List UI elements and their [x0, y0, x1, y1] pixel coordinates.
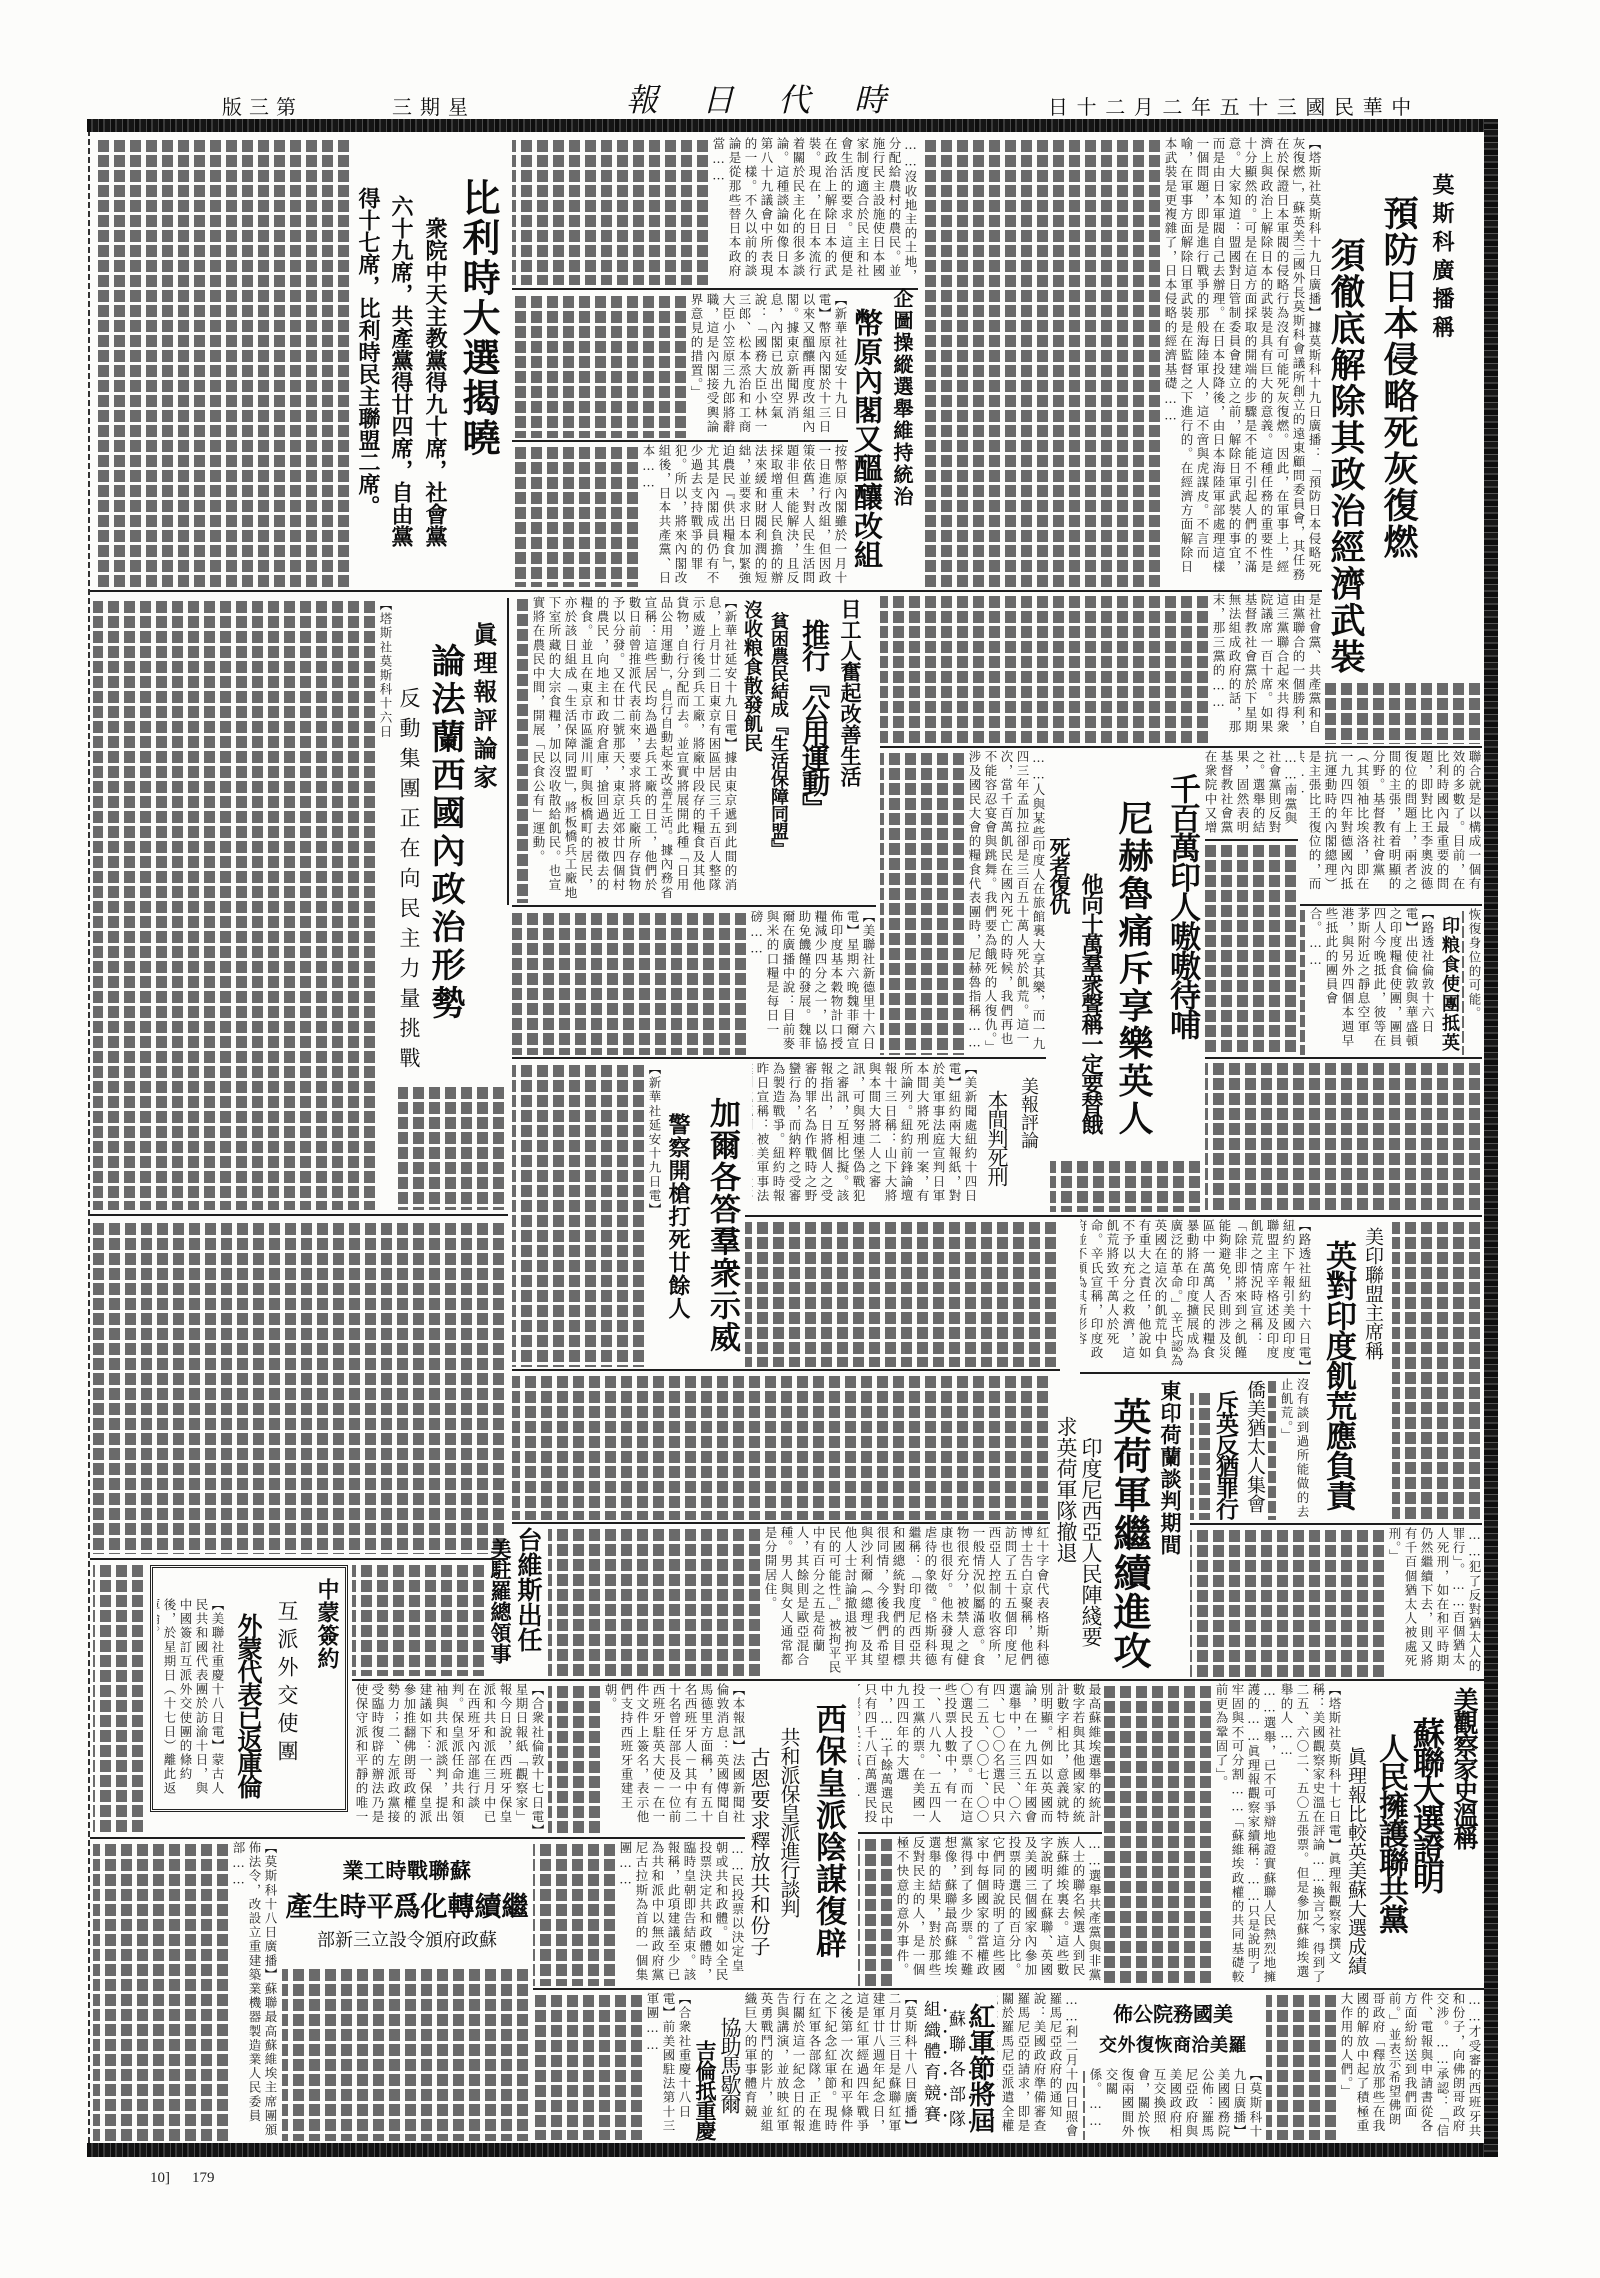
body-text: 【路透社倫敦十六日電】出使倫敦與華盛頓之印度糧食使團，團員四人今晚抵此，彼等在茅… [1307, 907, 1435, 1055]
body-text: 【合衆社倫敦十七日電】星期日報紙「觀察家」報今日說，西班牙保皇派和共和派在三月中… [352, 1683, 545, 1834]
headline: 英對印度飢荒應負責 [1322, 1240, 1353, 1510]
body-text: 【路透社紐約十六日電】紐約下午報引美國印度聯盟主席辛格述及印度飢荒之情況時宣稱：… [1080, 1219, 1312, 1369]
body-text: 【塔斯社莫斯科十六日 [377, 598, 393, 1210]
body-text: 【美聯社重慶十八日電】蒙古人民共和國代表團於訪渝十日，與中國簽訂互派外交使團的條… [157, 1598, 225, 1803]
body-text: 最高蘇維埃選舉的統計數字若與其他國家的統計數字相比，意義就特別明顯。例如以英國而… [858, 1683, 1102, 1830]
body-text: 是社會黨、共產黨和自由黨聯合的一個勝利，這三黨聯合起來共得衆院議席一百十席。如果… [1210, 593, 1322, 743]
section-divider [1205, 839, 1298, 841]
body-text: ……南黨與社會黨則反對之。選舉的結果，固然表明基督教社會黨在衆院中又增加了十七席… [1205, 750, 1298, 838]
headline: 西保皇派陰謀復辟 [812, 1703, 843, 1959]
subhead: 六十九席，共產黨得廿四席，自由黨 [390, 195, 412, 547]
body-text: ……利二月十四日照會羅馬尼亞政府的通知說：美國政府準備審查羅馬尼亞的請求，即是關… [997, 1992, 1079, 2140]
headline: 英荷軍繼續進攻 [1110, 1397, 1148, 1670]
top-border-rule [87, 119, 1498, 132]
article-body: 【莫斯科十八日廣播】二月廿三日是蘇聯紅軍建軍廿八週年紀念日，這是紅軍經過四年戰爭… [743, 1992, 918, 2140]
article-body-continued: 最高蘇維埃選舉的統計數字若與其他國家的統計數字相比，意義就特別明顯。例如以英國而… [858, 1683, 1102, 1830]
masthead-title: 時代日報 [626, 84, 930, 116]
article-body: 【路透社倫敦十六日電】出使倫敦與華盛頓之印度糧食使團，團員四人今晚抵此，彼等在茅… [1300, 907, 1435, 1055]
article-body-continued: ……南黨與社會黨則反對之。選舉的結果，固然表明基督教社會黨在衆院中又增加了十七席… [1205, 750, 1298, 838]
article-body-continued [1205, 1060, 1482, 1212]
headline: 外蒙代表已返庫倫 [236, 1613, 261, 1797]
article-body: 【新華社延安十九日電】幣原內閣於十三日以來又醞釀再度改組內閣。據東京新聞界消息，… [512, 293, 848, 438]
section-divider [533, 1988, 1484, 1990]
kicker: 莫斯科廣播稱 [1431, 173, 1453, 344]
article-body-continued [745, 1219, 1058, 1367]
article-body: 【新華社延安十九日電】據由東京遞到此間的消息，上月廿二日東京有困區居民三千五百人… [512, 596, 738, 903]
article-body-continued: 是社會黨、共產黨和自由黨聯合的一個勝利，這三黨聯合起來共得衆院議席一百十席。如果… [880, 593, 1322, 743]
body-text: 【莫斯科十九日廣播】美國國務院公佈：羅馬尼亞政府與美國政府相互交換照會，關於恢復… [1087, 2068, 1263, 2140]
subhead: 貧困農民結成『生活保障同盟』 [769, 612, 787, 857]
kicker: 東印荷蘭談判期間 [1160, 1380, 1181, 1556]
subhead: 沒收粮食散發飢民 [742, 600, 761, 752]
body-text: 恢復身位的可能。 [1466, 908, 1482, 1055]
body-text: 【塔斯社莫斯科十七日電】眞理報觀察家撰文稱：美國觀察家史溫在評論……換言之，得到… [1280, 1683, 1342, 1985]
article-body-continued: ……民投票以決定皇朝或共和政體。如全民投票決定共和政體時，臨時皇朝即告結束。該報… [533, 1841, 745, 1986]
kicker: 企圖操縱選舉維持統治 [892, 288, 912, 508]
subhead: 蘇政府頒令設立三新部 [282, 1932, 532, 1950]
section-divider [1205, 1057, 1482, 1059]
section-divider [745, 1215, 1482, 1217]
body-text: 聯合就是以構成一個有效的多數了。目前，在比利時國內最重要的問題，即對比王李奧波德… [1300, 750, 1482, 902]
subhead: 美駐羅總領事 [490, 1538, 511, 1664]
article-body: ……犯了反對猶太人的罪行」。……百個猶太人死刑，如在和平時期仍然繼續下去，則又將… [1190, 1527, 1482, 1677]
article-body: 【莫斯科十九日廣播】美國國務院公佈：羅馬尼亞政府與美國政府相互交換照會，關於恢復… [1083, 2068, 1263, 2140]
body-text: ……人與某些印度人在旅館裏大享其樂，而一九四三年孟加拉卻是三百五十萬人死於飢荒。… [966, 750, 1046, 1055]
article-body: 【塔斯社莫斯科十六日 [93, 598, 393, 1210]
kicker: 協助馬歇爾 [719, 2017, 740, 2112]
subhead: 組織體育競賽 [920, 2000, 950, 2126]
subhead: 互派外交使團 [276, 1600, 297, 1768]
article-body: ……人與某些印度人在旅館裏大享其樂，而一九四三年孟加拉卻是三百五十萬人死於飢荒。… [880, 750, 1046, 1055]
section-divider [512, 1369, 1060, 1371]
section-divider [1190, 1523, 1482, 1525]
headline: 印粮食使團抵英 [1440, 916, 1458, 1053]
headline: 論法蘭西國內政治形勢 [428, 643, 462, 1023]
body-text: ……選舉共產黨與非黨人士的聯名候選人到民族蘇維埃裏去。這些數字說明了在蘇聯、英國… [894, 1836, 1102, 1986]
kicker: 美國務院公佈 [1083, 2004, 1263, 2024]
headline: 加爾各答羣衆示威 [706, 1097, 737, 1353]
headline: 吉倫抵重慶 [695, 2040, 716, 2140]
subhead: 反動集團正在向民主力量挑戰 [398, 687, 419, 1077]
subhead: 得十七席，比利時民主聯盟二席。 [357, 187, 379, 517]
headline: 須徹底解除其政治經濟武裝 [1328, 237, 1363, 675]
article-body [93, 137, 351, 587]
kicker: 中蒙簽約 [316, 1578, 338, 1670]
section-divider [858, 1832, 1102, 1834]
body-text: ……才受審的西班牙共和份子，向佛朗哥政府交涉。……承認：「信件、電報與申請書從各… [1338, 1992, 1482, 2140]
headline: 千百萬印人嗷嗷待哺 [1166, 773, 1197, 1039]
body-text: 【本報訊】法國新聞社倫敦消息：英國傳聞自馬德里方面稱，有五十名西班牙人－其中有二… [602, 1683, 746, 1834]
article-body-continued [93, 1562, 145, 1834]
issue-date: 中華民國三十五年二月二十日 [1048, 97, 1420, 117]
article-body [352, 1562, 486, 1676]
body-text: 【新華社延安十九日電】據由東京遞到此間的消息，上月廿二日東京有困區居民三千五百人… [530, 596, 738, 903]
body-text: 【莫斯科十八日廣播】二月廿三日是蘇聯紅軍建軍廿八週年紀念日，這是紅軍經過四年戰爭… [743, 1992, 918, 2140]
article-body: 【塔斯社莫斯科十七日電】眞理報觀察家撰文稱：美國觀察家史溫在評論……換言之，得到… [1280, 1683, 1342, 1985]
left-border-rule [88, 132, 90, 2143]
kicker: 美印聯盟主席稱 [1363, 1227, 1382, 1360]
article-body-continued: 聯合就是以構成一個有效的多數了。目前，在比利時國內最重要的問題，即對比王李奧波德… [1300, 750, 1482, 902]
kicker: 美觀察家史溫稱 [1452, 1687, 1477, 1848]
body-text: ……民投票以決定皇朝或共和政體。如全民投票決定共和政體時，臨時皇朝即告結束。該報… [617, 1841, 745, 1986]
section-divider [512, 440, 848, 442]
article-body-end: 恢復身位的可能。 [1462, 908, 1482, 1055]
headline: 羅美洽商恢復外交 [1083, 2037, 1263, 2055]
headline: 比利時大選揭曉 [459, 178, 497, 458]
headline: 尼赫魯痛斥享樂英人 [1116, 800, 1151, 1138]
body-text: 按幣原內閣雖於一月十一日進行改組，但因政策依舊，對人民生活問題非但未能解決，且反… [640, 444, 848, 587]
headline: 斥英反猶罪行 [1214, 1390, 1237, 1519]
kicker: 眞理報評論家 [471, 622, 495, 793]
headline: 台維斯出任 [516, 1527, 541, 1652]
article-dateline [1190, 1390, 1212, 1520]
kicker: 美報評論 [1019, 1077, 1037, 1149]
edition-label: 第三版 [222, 97, 303, 117]
body-text: 【新華社延安十九日電】幣原內閣於十三日以來又醞釀再度改組內閣。據東京新聞界消息，… [688, 293, 848, 438]
article-body-continued: 按幣原內閣雖於一月十一日進行改組，但因政策依舊，對人民生活問題非但未能解決，且反… [512, 444, 848, 587]
headline: 推行『公用運動』 [800, 619, 828, 819]
section-divider [512, 1522, 1050, 1524]
article-body: 【美聯社重慶十八日電】蒙古人民共和國代表團於訪渝十日，與中國簽訂互派外交使團的條… [157, 1598, 225, 1803]
folio-number: 179 [192, 2170, 215, 2187]
section-divider [90, 590, 1322, 592]
article-body-continued [1392, 1219, 1482, 1519]
section-divider [90, 1837, 745, 1839]
body-text: ……沒收地主的土地，分配給農村的農民。並施行民主設施使日本國家制度適合於民主和社… [710, 137, 918, 285]
body-text: 【新華社延安十九日電】 [646, 1062, 662, 1367]
body-text: ……犯了反對猶太人的罪行」。……百個猶太人死刑，如在和平時期仍然繼續下去，則又將… [1386, 1527, 1482, 1677]
article-body-continued [282, 1966, 530, 2141]
subhead: 古恩要求釋放共和份子 [749, 1747, 769, 1957]
article-body-end: 沒有談到過所能做的去止飢荒。」 [1268, 1378, 1310, 1520]
subhead: 警察開槍打死廿餘人 [667, 1113, 689, 1320]
kicker: 僑美猶太人集會 [1245, 1380, 1264, 1513]
subhead: 共和派保皇派進行談判 [779, 1727, 799, 1917]
article-body-continued [1050, 1158, 1202, 1212]
body-text: 沒有談到過所能做的去止飢荒。」 [1278, 1378, 1310, 1520]
weekday-label: 星期三 [392, 97, 476, 117]
headline: 本間判死刑 [986, 1090, 1007, 1185]
headline: 幣原內閣又醞釀改組 [852, 308, 881, 569]
kicker: 蘇聯戰時工業 [282, 1860, 532, 1881]
section-divider [90, 1558, 508, 1560]
article-body-continued: 【合衆社倫敦十七日電】星期日報紙「觀察家」報今日說，西班牙保皇派和共和派在三月中… [352, 1683, 545, 1834]
article-body-continued: ……利二月十四日照會羅馬尼亞政府的通知說：美國政府準備審查羅馬尼亞的請求，即是關… [997, 1992, 1079, 2140]
section-divider [352, 1679, 1484, 1681]
article-body-continued: 【美聯社新德里十六日電】星期六晚魏菲爾宣佈印度基本穀物計口授糧減少四分之一，以協… [512, 910, 876, 1055]
subhead: 眞理報比較英美蘇大選成績 [1346, 1747, 1365, 1975]
article-body-continued [1205, 842, 1298, 1055]
newspaper-page: 第三版 星期三 時代日報 中華民國三十五年二月二十日 莫斯科廣播稱 預防日本侵略… [0, 0, 1600, 2278]
article-body: 【塔斯社莫斯科十九日廣播】據莫斯科十九日廣播：「預防日本侵略死灰復燃」，蘇英美三… [924, 137, 1322, 587]
subhead: 他向十萬羣衆聲稱一定要替餓 [1080, 873, 1102, 1133]
page-mark: 10] [150, 2170, 170, 2187]
article-body: ……才受審的西班牙共和份子，向佛朗哥政府交涉。……承認：「信件、電報與申請書從各… [1266, 1992, 1482, 2140]
body-text: 【塔斯社莫斯科十九日廣播】據莫斯科十九日廣播：「預防日本侵略死灰復燃」，蘇英美三… [1162, 137, 1322, 587]
subhead: 印度尼西亞人民陣綫要 [1080, 1437, 1101, 1647]
headline: 人民擁護聯共黨 [1375, 1733, 1405, 1933]
body-text: 紅十字會代表格斯科德博士告白京聚稱，他們訪問了五十五個印度尼西亞人控制的收容所，… [762, 1526, 1050, 1676]
headline: 蘇聯大選證明 [1411, 1717, 1443, 1891]
article-body: 【合衆社重慶十八日電】前美國駐法第十三軍團…… [535, 1992, 692, 2140]
article-body-continued: 紅十字會代表格斯科德博士告白京聚稱，他們訪問了五十五個印度尼西亞人控制的收容所，… [548, 1526, 1050, 1676]
article-body-continued: ……選舉共產黨與非黨人士的聯名候選人到民族蘇維埃裏去。這些數字說明了在蘇聯、英國… [858, 1836, 1102, 1986]
section-divider [1300, 904, 1482, 906]
section-divider [512, 905, 876, 907]
body-text: 【合衆社重慶十八日電】前美國駐法第十三軍團…… [644, 1992, 692, 2140]
body-text: 【美聯社新德里十六日電】星期六晚魏菲爾宣佈印度基本穀物計口授糧減少四分之一，以協… [748, 910, 876, 1055]
section-divider [512, 288, 918, 290]
article-body: 【新華社延安十九日電】 [512, 1062, 662, 1367]
article-body: 【美新聞處紐約十四日電】紐約兩大報紙，對於美軍事法庭宣判日軍本間大將死刑一案，有… [752, 1062, 978, 1212]
section-divider [512, 1057, 1046, 1059]
article-body: 【莫斯科十八日廣播】蘇聯最高蘇維埃主席團頒佈法令，改設立重建築業機器製造業人民委… [93, 1841, 278, 2141]
article-body-continued [93, 1220, 506, 1554]
section-divider [880, 746, 1482, 748]
body-text: ……選舉，已不可爭辯地證實蘇聯人民熱烈地擁護的……眞理報觀察家續稱：……只是說明… [1213, 1683, 1277, 1985]
section-divider [90, 1214, 508, 1216]
section-divider [1080, 1372, 1310, 1374]
article-body: 【路透社紐約十六日電】紐約下午報引美國印度聯盟主席辛格述及印度飢荒之情況時宣稱：… [1080, 1219, 1312, 1369]
headline: 預防日本侵略死灰復燃 [1381, 195, 1416, 560]
article-body: 【本報訊】法國新聞社倫敦消息：英國傳聞自馬德里方面稱，有五十名西班牙人－其中有二… [548, 1683, 746, 1834]
subhead: 求英荷軍隊撤退 [1055, 1416, 1076, 1563]
subhead: 死者復仇 [1049, 837, 1070, 913]
kicker: 日工人奮起改善生活 [840, 598, 861, 787]
article-body-continued [398, 1084, 506, 1210]
column-divider [507, 598, 509, 905]
article-body-continued: ……選舉，已不可爭辯地證實蘇聯人民熱烈地擁護的……眞理報觀察家續稱：……只是說明… [1104, 1683, 1277, 1985]
right-border-rule [1484, 119, 1498, 2157]
subhead: 衆院中天主教黨得九十席，社會黨 [424, 217, 446, 547]
body-text: 【莫斯科十八日廣播】蘇聯最高蘇維埃主席團頒佈法令，改設立重建築業機器製造業人民委… [230, 1841, 278, 2141]
headline: 繼續轉化爲平時生產 [282, 1894, 532, 1921]
bottom-border-rule [87, 2143, 1498, 2157]
article-body-continued: ……沒收地主的土地，分配給農村的農民。並施行民主設施使日本國家制度適合於民主和社… [512, 137, 918, 285]
article-body-continued [1325, 680, 1482, 744]
article-body [512, 1373, 1050, 1520]
body-text: 【美新聞處紐約十四日電】紐約兩大報紙，對於美軍事法庭宣判日軍本間大將死刑一案，有… [752, 1062, 978, 1212]
